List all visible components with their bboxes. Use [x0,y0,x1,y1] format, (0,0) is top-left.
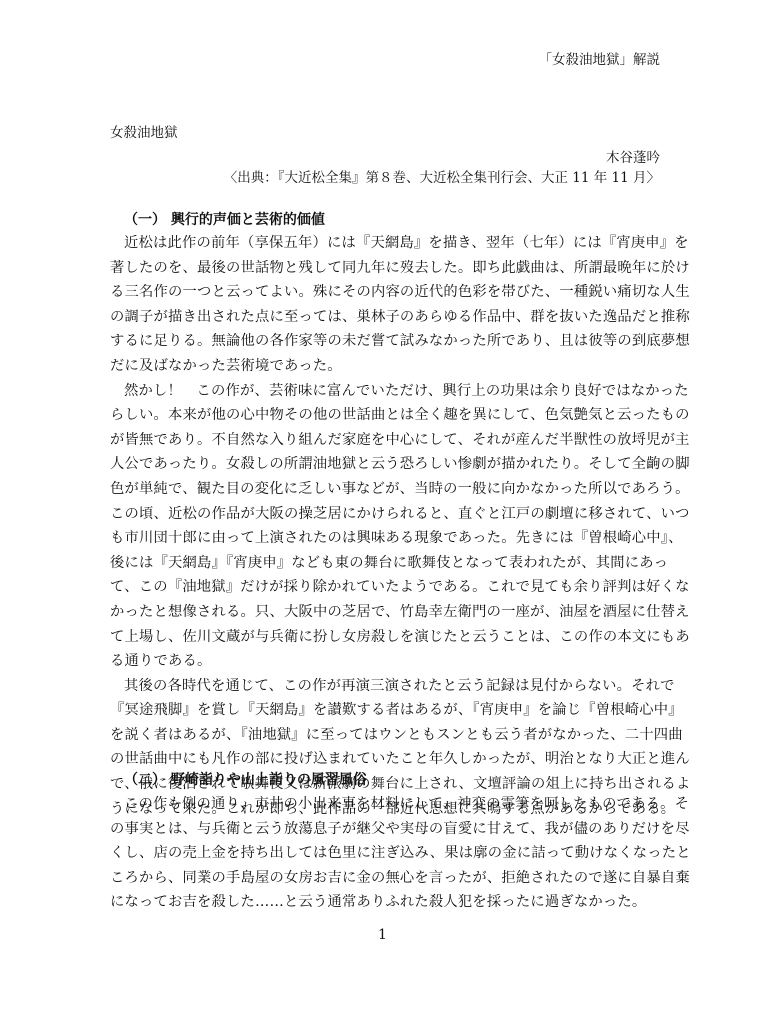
paragraph-line: の調子が描き出された点に至っては、巣林子のあらゆる作品中、群を抜いた逸品だと推称 [110,305,668,330]
paragraph-line: る通りである。 [110,649,668,674]
paragraph-line: を説く者はあるが、『油地獄』に至ってはウンともスンとも云う者がなかった、二十四曲 [110,723,668,748]
paragraph-line: も市川団十郎に由って上演されたのは興味ある現象であった。先きには『曽根崎心中』、 [110,526,668,551]
section-heading-2: （二） 野崎詣りや山上詣りの風習風俗 [124,769,367,789]
author-name: 木谷蓬吟 [606,146,660,166]
paragraph-line: 著したのを、最後の世話物と残して同九年に歿去した。即ち此戯曲は、所謂最晩年に於け [110,256,668,281]
document-page: 「女殺油地獄」解説 女殺油地獄 木谷蓬吟 〈出典：『大近松全集』第８巻、大近松全… [0,0,768,1024]
source-citation: 〈出典：『大近松全集』第８巻、大近松全集刊行会、大正 11 年 11 月〉 [224,166,660,186]
paragraph-line: らしい。本来が他の心中物その他の世話曲とは全く趣を異にして、色気艶気と云ったもの [110,403,668,428]
paragraph-line: この作も例の通り、市井の小出来事を材料にして、神変の霊筆を呵したものである。そ [110,792,668,817]
paragraph-line: だに及ばなかった芸術境であった。 [110,354,668,379]
paragraph-line: が皆無であり。不自然な入り組んだ家庭を中心にして、それが産んだ半獣性の放埒児が主 [110,428,668,453]
document-title: 女殺油地獄 [110,121,178,141]
paragraph-line: る三名作の一つと云ってよい。殊にその内容の近代的色彩を帯びた、一種鋭い痛切な人生 [110,280,668,305]
paragraph-line: この頃、近松の作品が大阪の操芝居にかけられると、直ぐと江戸の劇壇に移されて、いつ [110,502,668,527]
paragraph-line: 後には『天網島』『宵庚申』なども東の舞台に歌舞伎となって表われたが、其間にあっ [110,551,668,576]
paragraph-line: かったと想像される。只、大阪中の芝居で、竹島幸左衛門の一座が、油屋を酒屋に仕替え [110,600,668,625]
running-header: 「女殺油地獄」解説 [539,48,661,68]
paragraph-line: ころから、同業の手島屋の女房お吉に金の無心を言ったが、拒絶されたので遂に自暴自棄 [110,866,668,891]
paragraph-line: 色が単純で、観た目の変化に乏しい事などが、当時の一般に向かなかった所以であろう。 [110,477,668,502]
paragraph-line: 人公であったり。女殺しの所謂油地獄と云う恐ろしい惨劇が描かれたり。そして全齣の脚 [110,452,668,477]
section-body-2: この作も例の通り、市井の小出来事を材料にして、神変の霊筆を呵したものである。そ … [110,792,668,915]
paragraph-line: するに足りる。無論他の各作家等の未だ嘗て試みなかった所であり、且は彼等の到底夢想 [110,329,668,354]
paragraph-line: 其後の各時代を通じて、この作が再演三演されたと云う記録は見付からない。それで [110,674,668,699]
paragraph-line: 然かし！ この作が、芸術味に富んでいただけ、興行上の功果は余り良好ではなかった [110,379,668,404]
paragraph-line: になってお吉を殺した……と云う通常ありふれた殺人犯を採ったに過ぎなかった。 [110,890,668,915]
section-body-1: 近松は此作の前年（享保五年）には『天網島』を描き、翌年（七年）には『宵庚申』を … [110,231,668,821]
paragraph-line: て上場し、佐川文蔵が与兵衛に扮し女房殺しを演じたと云うことは、この作の本文にもあ [110,625,668,650]
paragraph-line: 『冥途飛脚』を賞し『天網島』を讃歎する者はあるが、『宵庚申』を論じ『曽根崎心中』 [110,698,668,723]
section-heading-1: （一） 興行的声価と芸術的価値 [124,209,325,229]
paragraph-line: くし、店の売上金を持ち出しては色里に注ぎ込み、果は廓の金に詰って動けなくなったと [110,841,668,866]
paragraph-line: て、この『油地獄』だけが採り除かれていたようである。これで見ても余り評判は好くな [110,575,668,600]
paragraph-line: 近松は此作の前年（享保五年）には『天網島』を描き、翌年（七年）には『宵庚申』を [110,231,668,256]
paragraph-line: の事実とは、与兵衛と云う放蕩息子が継父や実母の盲愛に甘えて、我が儘のありだけを尽 [110,817,668,842]
page-number: 1 [378,927,387,943]
